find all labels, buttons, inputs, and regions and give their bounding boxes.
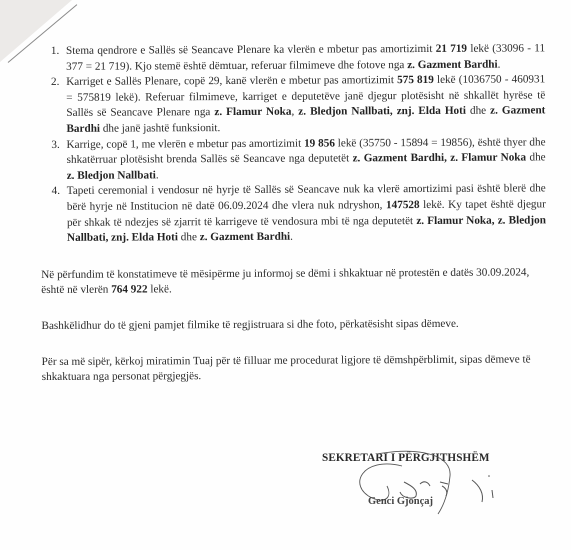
emphasized-text: z. Gazment Bardhi, z. Flamur Noka xyxy=(353,152,527,165)
emphasized-text: z. Bledjon Nallbati, znj. Elda Hoti xyxy=(298,105,466,118)
damage-item: Karrige, copë 1, me vlerën e mbetur pas … xyxy=(62,135,545,184)
document-page: Stema qendrore e Sallës së Seancave Plen… xyxy=(0,0,571,550)
item-text: . xyxy=(290,231,293,243)
emphasized-text: z. Gazment Bardhi xyxy=(200,231,290,243)
item-text: Karriget e Sallës Plenare, copë 29, kanë… xyxy=(66,74,397,88)
item-text: dhe xyxy=(178,231,200,243)
emphasized-text: 147528 xyxy=(386,199,420,211)
emphasized-text: z. Flamur Noka xyxy=(214,106,291,118)
document-body: Stema qendrore e Sallës së Seancave Plen… xyxy=(40,41,547,385)
emphasized-text: z. Gazment Bardhi xyxy=(407,58,497,70)
emphasized-text: 575 819 xyxy=(397,74,434,86)
total-damage-amount: 764 922 xyxy=(111,284,147,296)
damage-list: Stema qendrore e Sallës së Seancave Plen… xyxy=(40,41,546,246)
item-text: dhe xyxy=(526,152,546,164)
signatory-name: Genci Gjonçaj xyxy=(368,496,433,507)
item-text: Karrige, copë 1, me vlerën e mbetur pas … xyxy=(66,137,304,150)
signature-block: SEKRETARI I PËRGJITHSHËM Genci Gjonçaj xyxy=(322,452,542,532)
item-text: Stema qendrore e Sallës së Seancave Plen… xyxy=(66,43,436,57)
damage-item: Tapeti ceremonial i vendosur në hyrje të… xyxy=(63,182,546,247)
damage-item: Stema qendrore e Sallës së Seancave Plen… xyxy=(62,41,545,75)
emphasized-text: 21 719 xyxy=(436,43,467,55)
emphasized-text: 19 856 xyxy=(304,137,335,149)
emphasized-text: z. Bledjon Nallbati xyxy=(67,169,156,181)
conclusion-text-after: lekë. xyxy=(148,284,172,296)
attachments-paragraph: Bashkëlidhur do të gjeni pamjet filmike … xyxy=(41,316,546,334)
item-text: . xyxy=(498,58,501,70)
damage-item: Karriget e Sallës Plenare, copë 29, kanë… xyxy=(62,73,545,138)
item-text: dhe xyxy=(466,105,490,117)
conclusion-paragraph: Në përfundim të konstatimeve të mësipërm… xyxy=(41,265,546,299)
request-paragraph: Për sa më sipër, kërkoj miratimin Tuaj p… xyxy=(42,352,547,386)
item-text: dhe janë jashtë funksionit. xyxy=(100,122,220,135)
item-text: . xyxy=(156,169,159,181)
